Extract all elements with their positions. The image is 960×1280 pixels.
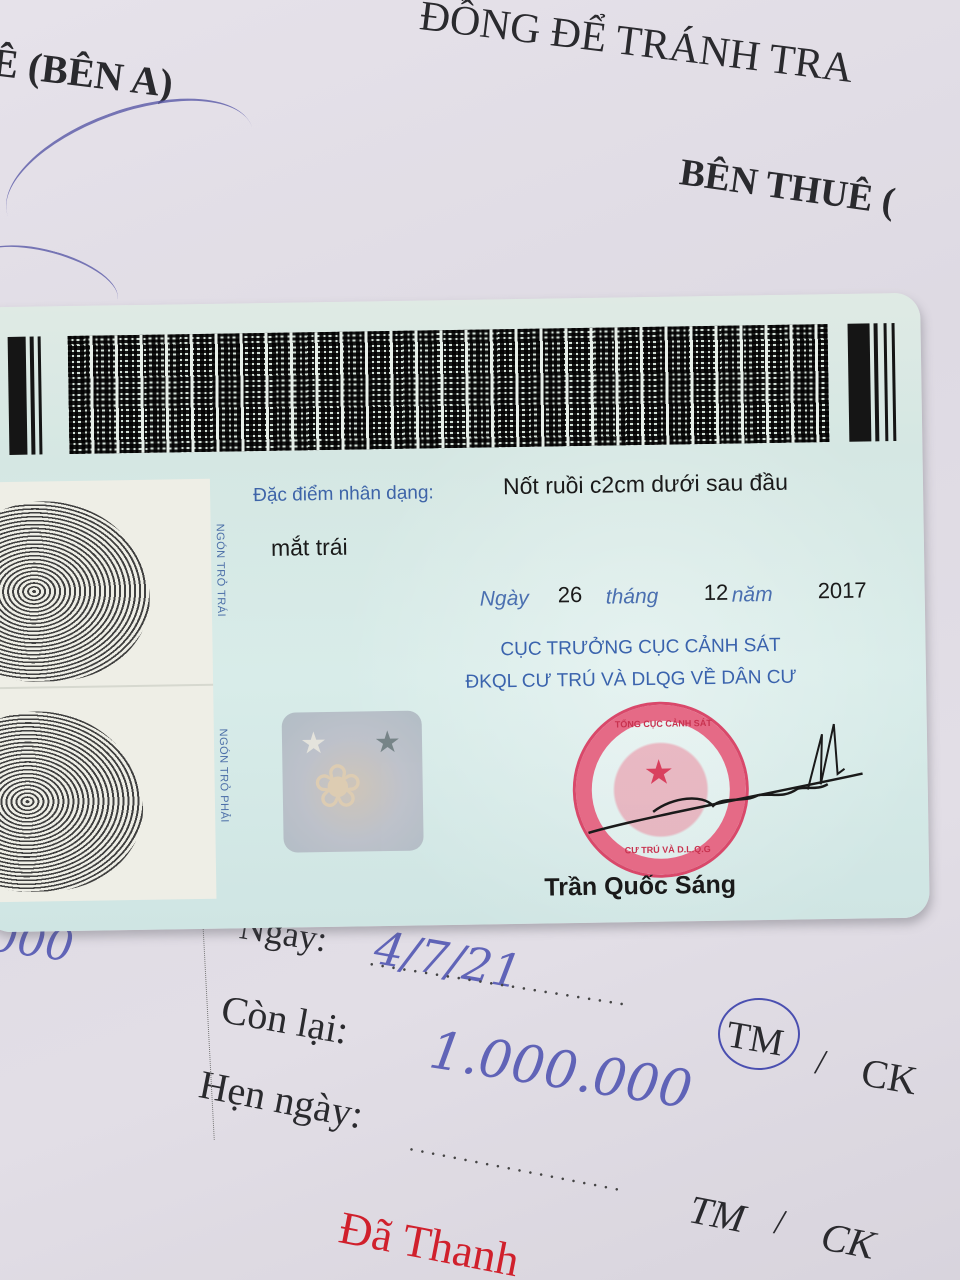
form-appointment-label: Hẹn ngày: [196,1060,367,1138]
signature [582,713,884,868]
form-remaining-value: 1.000.000 [425,1020,696,1121]
day-label: Ngày [480,587,529,612]
party-b-heading: BÊN THUÊ ( [677,150,898,224]
payment-separator: / [812,1040,829,1083]
issuer-title: CỤC TRƯỞNG CỤC CẢNH SÁT [450,634,830,662]
pdf417-barcode [8,323,900,455]
appointment-method-2: CK [818,1212,879,1268]
right-index-label: NGÓN TRỎ PHẢI [217,729,230,823]
signer-name: Trần Quốc Sáng [544,871,736,903]
identifying-features-value: Nốt ruồi c2cm dưới sau đầu [503,469,788,500]
day-value: 26 [558,582,583,608]
identifying-features-value-cont: mắt trái [271,534,348,562]
left-index-fingerprint [0,500,151,683]
lotus-icon: ❀ [312,751,363,822]
payment-circle [718,998,800,1070]
hologram-lotus: ★ ★ ❀ [282,710,424,852]
year-label: năm [732,583,773,608]
issuer-department: ĐKQL CƯ TRÚ VÀ DLQG VỀ DÂN CƯ [441,666,821,694]
party-a-heading: Ê (BÊN A) [0,38,176,107]
id-card-back: NGÓN TRỎ TRÁI NGÓN TRỎ PHẢI Đặc điểm nhâ… [0,293,930,933]
right-index-fingerprint [0,710,144,893]
fingerprint-panel [0,479,216,903]
identifying-features-label: Đặc điểm nhân dạng: [253,482,434,507]
month-value: 12 [704,580,729,606]
month-label: tháng [606,585,659,610]
appointment-method-1: TM [686,1185,750,1242]
year-value: 2017 [818,577,867,604]
appointment-separator: / [771,1200,789,1243]
payment-method-other: CK [858,1048,921,1104]
left-index-label: NGÓN TRỎ TRÁI [214,524,227,618]
dotted-leader: . . . . . . . . . . . . . . . . . . . . [408,1130,624,1196]
star-icon: ★ [374,725,401,760]
paid-stamp-text: Đã Thanh [335,1200,524,1280]
contract-heading-fragment: ĐỒNG ĐỂ TRÁNH TRA [417,0,856,93]
form-remaining-label: Còn lại: [218,985,352,1053]
